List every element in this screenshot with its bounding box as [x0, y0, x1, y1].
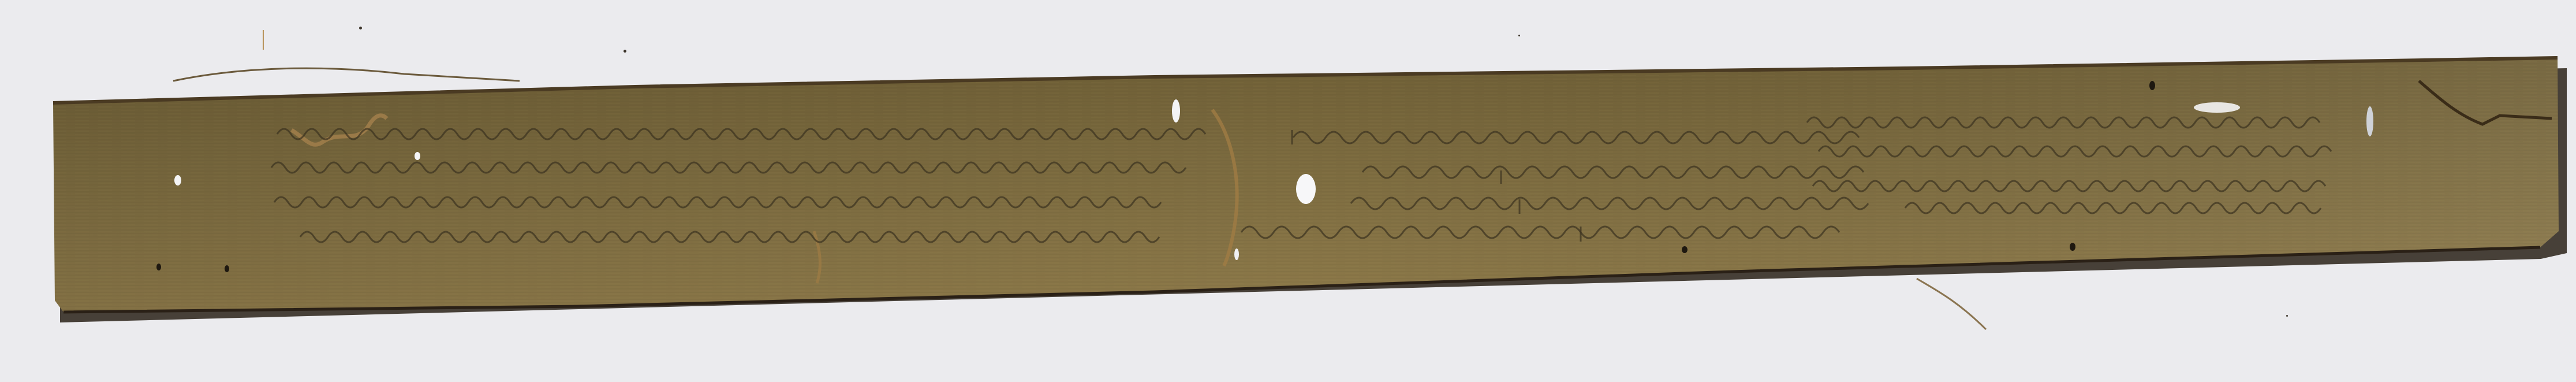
left-small-hole	[174, 175, 181, 186]
palm-leaf-manuscript	[0, 0, 2576, 382]
binding-hole	[1296, 174, 1316, 204]
pinhole	[2149, 81, 2155, 90]
pinhole	[225, 265, 229, 272]
string-slot-hole	[1172, 99, 1180, 123]
binding-string	[1917, 279, 1986, 329]
right-torn-hole	[2194, 102, 2240, 113]
left-small-hole-2	[415, 152, 420, 160]
pinhole	[1682, 246, 1688, 253]
pinhole	[2070, 243, 2075, 251]
pinhole	[156, 264, 161, 270]
right-slot-hole	[2366, 106, 2373, 136]
center-small-hole	[1234, 249, 1239, 260]
